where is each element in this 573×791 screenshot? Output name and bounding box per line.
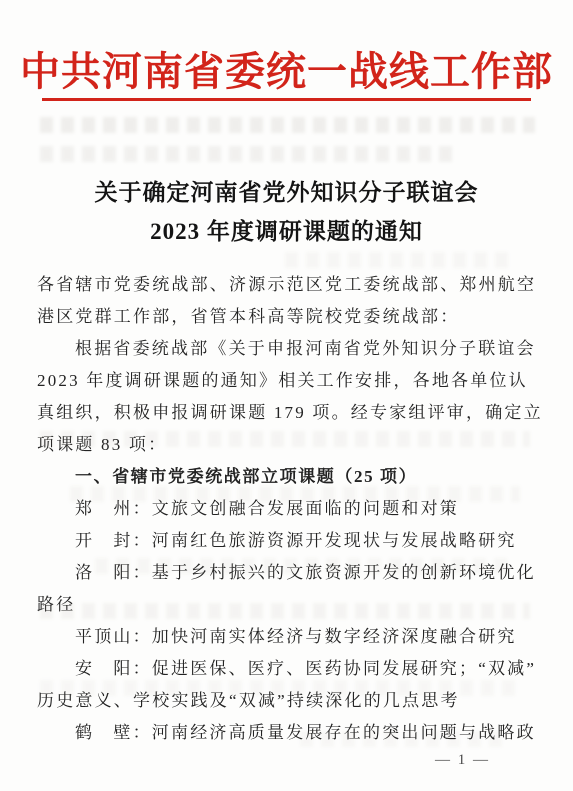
body-line: 港区党群工作部，省管本科高等院校党委统战部： xyxy=(37,301,536,333)
topic-line-kaifeng: 开 封：河南红色旅游资源开发现状与发展战略研究 xyxy=(37,525,536,557)
body-line: 2023 年度调研课题的通知》相关工作安排，各地各单位认 xyxy=(37,365,536,397)
topic-line-continuation: 历史意义、学校实践及“双减”持续深化的几点思考 xyxy=(37,685,536,717)
bleedthrough-artifact xyxy=(40,117,535,133)
topic-line-hebi: 鹤 壁：河南经济高质量发展存在的突出问题与战略政 xyxy=(37,717,536,749)
page-number: — 1 — xyxy=(435,752,490,769)
document-title-line2: 2023 年度调研课题的通知 xyxy=(0,212,573,251)
bleedthrough-artifact xyxy=(40,146,460,162)
body-line: 各省辖市党委统战部、济源示范区党工委统战部、郑州航空 xyxy=(37,269,536,301)
document-title: 关于确定河南省党外知识分子联谊会 2023 年度调研课题的通知 xyxy=(0,173,573,251)
topic-line-zhengzhou: 郑 州：文旅文创融合发展面临的问题和对策 xyxy=(37,493,536,525)
section-heading: 一、省辖市党委统战部立项课题（25 项） xyxy=(37,461,536,493)
body-line: 项课题 83 项： xyxy=(37,429,536,461)
topic-line-continuation: 路径 xyxy=(37,589,536,621)
agency-letterhead: 中共河南省委统一战线工作部 xyxy=(0,50,573,94)
topic-line-pingdingshan: 平顶山：加快河南实体经济与数字经济深度融合研究 xyxy=(37,621,536,653)
body-line: 真组织，积极申报调研课题 179 项。经专家组评审，确定立 xyxy=(37,397,536,429)
document-body: 各省辖市党委统战部、济源示范区党工委统战部、郑州航空 港区党群工作部，省管本科高… xyxy=(37,269,536,749)
bleedthrough-artifact xyxy=(285,252,515,268)
document-title-line1: 关于确定河南省党外知识分子联谊会 xyxy=(0,173,573,212)
body-line: 根据省委统战部《关于申报河南省党外知识分子联谊会 xyxy=(37,333,536,365)
scanned-document-page: 中共河南省委统一战线工作部 关于确定河南省党外知识分子联谊会 2023 年度调研… xyxy=(0,0,573,791)
topic-line-anyang: 安 阳：促进医保、医疗、医药协同发展研究；“双减” xyxy=(37,653,536,685)
letterhead-divider xyxy=(42,98,531,101)
topic-line-luoyang: 洛 阳：基于乡村振兴的文旅资源开发的创新环境优化 xyxy=(37,557,536,589)
